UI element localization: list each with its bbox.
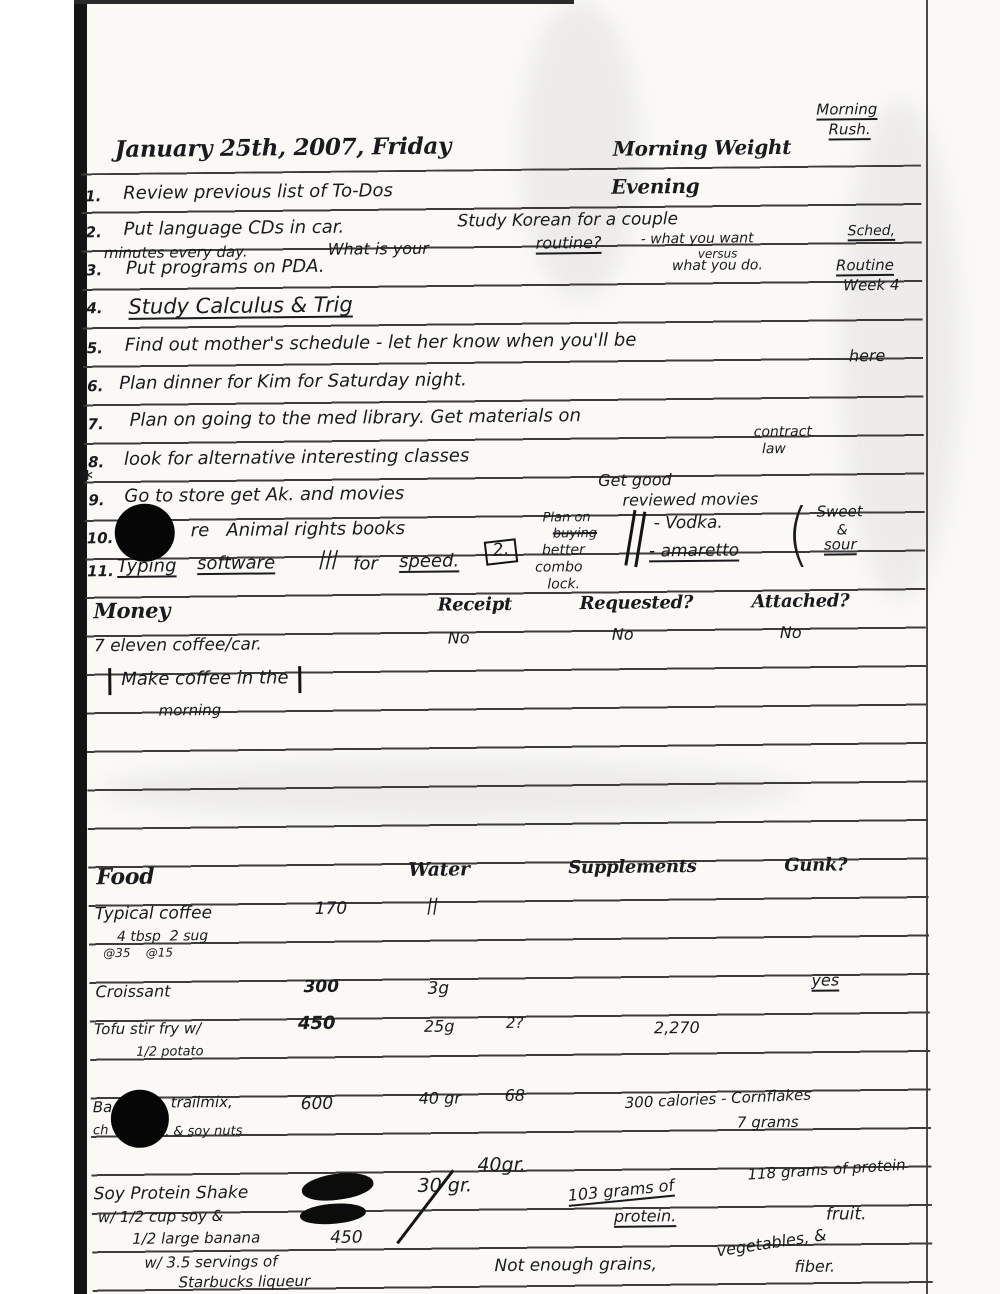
item-2-number: 2. xyxy=(86,225,102,241)
evening-label: Evening xyxy=(611,176,699,198)
item-7-contract-note: contract xyxy=(754,425,812,440)
money-receipt-value: No xyxy=(448,630,470,647)
food-croissant-water: 3g xyxy=(427,981,449,999)
item-2-question: What is your xyxy=(328,241,429,259)
corner-note-morning: Morning xyxy=(816,102,877,118)
item-10-sour-note: sour xyxy=(824,537,857,553)
item-11-number: 11. xyxy=(87,564,114,580)
food-coffee-name: Typical coffee xyxy=(95,905,212,924)
money-row-item: 7 eleven coffee/car. xyxy=(94,636,262,656)
food-col-supplements: Supplements xyxy=(568,858,696,878)
food-tofu-sub: 1/2 potato xyxy=(136,1045,204,1059)
item-9-star: * xyxy=(82,468,93,491)
item-2-do-note: what you do. xyxy=(672,258,763,274)
item-11-typing: Typing xyxy=(117,557,177,577)
item-10-combo-note: combo xyxy=(535,560,583,575)
food-trailmix-note2: 7 grams xyxy=(737,1115,799,1131)
food-tofu-extra: 2? xyxy=(506,1016,524,1032)
item-10-plan-note: Plan on xyxy=(543,511,591,525)
food-trailmix-water: 40 gr xyxy=(419,1090,461,1107)
money-requested-value: No xyxy=(612,627,634,644)
item-10-number: 10. xyxy=(87,531,114,547)
food-shake-calories: 450 xyxy=(330,1229,363,1247)
item-10-vodka-note: - Vodka. xyxy=(654,515,723,534)
food-tofu-name: Tofu stir fry w/ xyxy=(94,1021,201,1038)
food-trailmix-calories: 600 xyxy=(301,1096,334,1114)
item-9-text: Go to store get Ak. and movies xyxy=(124,485,404,507)
money-col-requested: Requested? xyxy=(579,594,693,614)
big-bracket-mark: ( xyxy=(786,493,809,575)
food-shake-sub2: 1/2 large banana xyxy=(132,1231,260,1248)
food-shake-right4: fiber. xyxy=(794,1259,835,1276)
food-col-water: Water xyxy=(408,860,470,881)
item-11-speed: speed. xyxy=(399,552,459,572)
food-shake-sub1: w/ 1/2 cup soy & xyxy=(98,1209,224,1226)
item-3-number: 3. xyxy=(86,263,102,279)
money-bracketed-note: Make coffee in the xyxy=(108,666,302,695)
item-5-number: 5. xyxy=(87,341,103,357)
item-10-lock-note: lock. xyxy=(547,577,580,592)
item-10-better-note: better xyxy=(542,543,585,558)
food-shake-supp2: protein. xyxy=(614,1208,676,1225)
item-5-here-wrap: here xyxy=(849,348,886,365)
redaction-blob xyxy=(114,503,175,562)
item-10-sweet-note: Sweet xyxy=(816,504,862,520)
item-4-number: 4. xyxy=(86,301,102,317)
food-shake-sub3: w/ 3.5 servings of xyxy=(144,1254,277,1271)
item-8-text: look for alternative interesting classes xyxy=(124,447,469,470)
food-croissant-calories: 300 xyxy=(303,979,339,997)
item-11-for: for xyxy=(353,555,378,574)
food-trailmix-sub-post: , & soy nuts xyxy=(165,1125,243,1139)
scanned-notebook-page: January 25th, 2007, Friday Morning Rush.… xyxy=(0,0,1000,1294)
redaction-blob xyxy=(111,1089,170,1148)
margin-sched-note: Sched, xyxy=(848,224,896,239)
food-trailmix-name-pre: Ba xyxy=(93,1100,113,1116)
money-col-receipt: Receipt xyxy=(437,596,512,616)
food-shake-name: Soy Protein Shake xyxy=(94,1185,249,1204)
page-content: January 25th, 2007, Friday Morning Rush.… xyxy=(0,0,1000,1294)
item-2-want-note: - what you want xyxy=(641,231,754,247)
item-10-text: re Animal rights books xyxy=(191,520,405,541)
item-6-text: Plan dinner for Kim for Saturday night. xyxy=(119,371,467,394)
morning-weight-label: Morning Weight xyxy=(613,137,792,160)
food-shake-right2: fruit. xyxy=(826,1206,867,1224)
food-croissant-name: Croissant xyxy=(95,983,170,1001)
food-shake-water-new: 40gr. xyxy=(477,1156,526,1176)
item-1-number: 1. xyxy=(85,189,101,205)
food-coffee-sub1: 4 tbsp 2 sug xyxy=(117,929,208,945)
food-shake-sub4: Starbucks liqueur xyxy=(179,1274,311,1291)
food-footer-note: Not enough grains, xyxy=(494,1256,657,1276)
food-coffee-calories: 170 xyxy=(315,901,348,919)
money-attached-value: No xyxy=(780,625,802,642)
margin-routine-note: Routine xyxy=(836,258,894,274)
food-trailmix-sub-pre: ch xyxy=(93,1124,109,1138)
item-10-buying-note: buying xyxy=(553,527,597,541)
item-9-number: 9. xyxy=(88,493,104,509)
item-7-law-note: law xyxy=(762,442,786,457)
food-tofu-water: 25g xyxy=(424,1018,455,1035)
corner-note-rush: Rush. xyxy=(828,122,870,138)
item-11-software: software xyxy=(197,554,275,574)
item-3-text: Put programs on PDA. xyxy=(126,258,325,279)
food-croissant-gunk: yes xyxy=(811,972,839,989)
item-2-routine-word: routine? xyxy=(536,235,602,252)
item-1-text: Review previous list of To-Dos xyxy=(123,182,393,204)
food-col-gunk: Gunk? xyxy=(784,856,847,876)
margin-week-note: Week 4 xyxy=(843,278,899,294)
food-section-title: Food xyxy=(96,866,154,890)
money-col-attached: Attached? xyxy=(751,592,849,612)
item-2-study-korean: Study Korean for a couple xyxy=(457,211,678,231)
item-9-reviewed-note: reviewed movies xyxy=(622,491,758,509)
date-heading: January 25th, 2007, Friday xyxy=(115,134,452,162)
item-7-number: 7. xyxy=(88,417,104,433)
money-section-title: Money xyxy=(93,599,170,622)
item-4-text: Study Calculus & Trig xyxy=(128,294,353,318)
food-coffee-sub2: @35 @15 xyxy=(103,946,173,959)
item-9-get-good-note: Get good xyxy=(598,472,672,490)
food-tofu-calories: 450 xyxy=(298,1015,336,1034)
food-trailmix-name-post: trailmix, xyxy=(171,1095,233,1111)
item-10-amaretto-note: - amaretto xyxy=(649,542,739,561)
food-tofu-supplements: 2,270 xyxy=(654,1020,700,1037)
money-morning-note: morning xyxy=(159,703,222,719)
item-11-boxed-2: 2. xyxy=(484,538,519,565)
item-6-number: 6. xyxy=(87,379,103,395)
food-trailmix-extra: 68 xyxy=(505,1088,526,1105)
item-2-text: Put language CDs in car. xyxy=(123,219,344,240)
